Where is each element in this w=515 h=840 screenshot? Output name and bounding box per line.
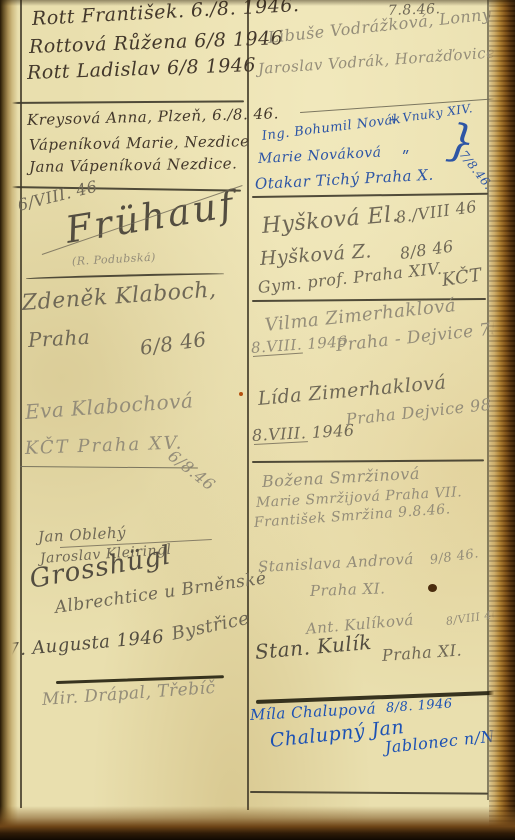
ink-blot-stain [428, 584, 437, 592]
entry-block-chalupovi: Míla Chalupová 8/8. 1946 Chalupný Jan Ja… [0, 0, 515, 840]
date-note: 8/8. 1946 [386, 697, 454, 715]
guestbook-scan-page: 7.8.46. Rott František. 6./8. 1946. Rott… [0, 0, 515, 840]
rust-speck-stain [239, 392, 243, 396]
